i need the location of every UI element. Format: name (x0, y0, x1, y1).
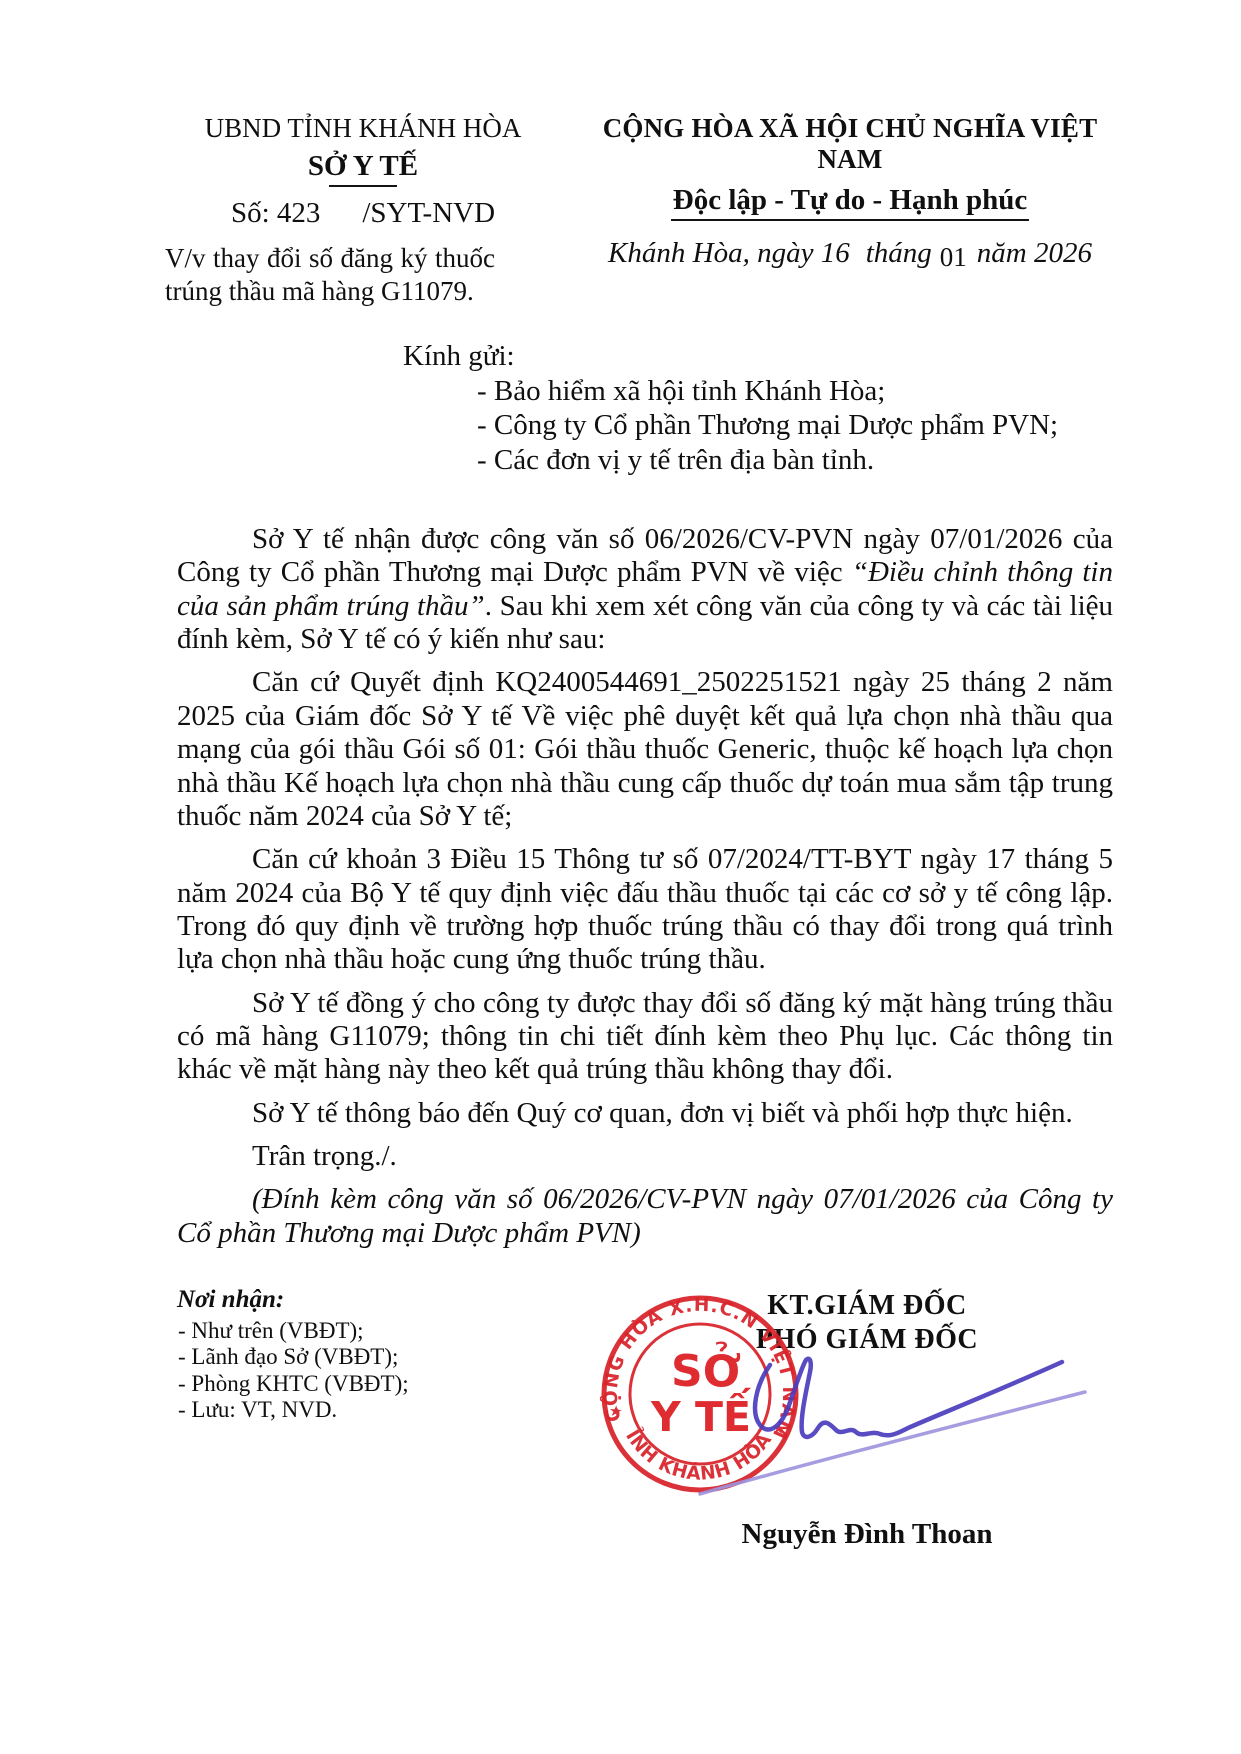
department-underline (329, 185, 397, 187)
document-subject: V/v thay đổi số đăng ký thuốc trúng thầu… (165, 242, 495, 308)
stamp-center-line2: Y TẾ (650, 1387, 752, 1441)
stamp-star-right-icon: ★ (771, 1419, 786, 1438)
official-stamp-svg: CỘNG HÒA X.H.C.N VIỆT NAM TỈNH KHÁNH HÒA… (585, 1279, 815, 1509)
paragraph-segment: Sở Y tế đồng ý cho công ty được thay đổi… (177, 987, 1113, 1086)
document-symbol: /SYT-NVD (362, 197, 495, 229)
body-paragraph: Sở Y tế đồng ý cho công ty được thay đổi… (177, 987, 1113, 1087)
copy-recipients-list: - Như trên (VBĐT);- Lãnh đạo Sở (VBĐT);-… (178, 1318, 409, 1424)
recipient-line: - Các đơn vị y tế trên địa bàn tỉnh. (477, 443, 1058, 477)
header-right-column: CỘNG HÒA XÃ HỘI CHỦ NGHĨA VIỆT NAM Độc l… (570, 113, 1130, 270)
copy-recipient-line: - Như trên (VBĐT); (178, 1318, 409, 1344)
motto-underline (671, 219, 1029, 221)
document-number: Số: 423 (231, 197, 320, 229)
body-paragraphs: Sở Y tế nhận được công văn số 06/2026/CV… (177, 523, 1113, 1260)
body-paragraph: (Đính kèm công văn số 06/2026/CV-PVN ngà… (177, 1183, 1113, 1250)
issuing-department: SỞ Y TẾ (160, 150, 566, 183)
paragraph-segment: Căn cứ khoản 3 Điều 15 Thông tư số 07/20… (177, 843, 1113, 975)
recipient-line: - Bảo hiểm xã hội tỉnh Khánh Hòa; (477, 374, 1058, 408)
copy-recipient-line: - Lưu: VT, NVD. (178, 1397, 409, 1423)
recipient-line: - Công ty Cổ phần Thương mại Dược phẩm P… (477, 408, 1058, 442)
paragraph-segment-italic: (Đính kèm công văn số 06/2026/CV-PVN ngà… (177, 1183, 1113, 1248)
header-left-column: UBND TỈNH KHÁNH HÒA SỞ Y TẾ Số: 423/SYT-… (160, 113, 566, 308)
copy-recipients-title: Nơi nhận: (177, 1286, 284, 1314)
salutation-label: Kính gửi: (403, 340, 515, 373)
stamp-center-line1: SỞ (671, 1340, 741, 1397)
stamp-star-left-icon: ★ (608, 1402, 623, 1421)
national-title: CỘNG HÒA XÃ HỘI CHỦ NGHĨA VIỆT NAM (570, 113, 1130, 175)
year-label: năm 2026 (977, 237, 1092, 269)
month-value: 01 (940, 242, 967, 272)
copy-recipient-line: - Phòng KHTC (VBĐT); (178, 1371, 409, 1397)
recipient-list: - Bảo hiểm xã hội tỉnh Khánh Hòa;- Công … (477, 374, 1058, 477)
copy-recipient-line: - Lãnh đạo Sở (VBĐT); (178, 1344, 409, 1370)
place-day: Khánh Hòa, ngày 16 (608, 237, 850, 269)
place-date-line: Khánh Hòa, ngày 16tháng01năm 2026 (570, 237, 1130, 270)
body-paragraph: Căn cứ Quyết định KQ2400544691_250225152… (177, 666, 1113, 833)
body-paragraph: Sở Y tế nhận được công văn số 06/2026/CV… (177, 523, 1113, 657)
body-paragraph: Sở Y tế thông báo đến Quý cơ quan, đơn v… (177, 1097, 1113, 1130)
paragraph-segment: Trân trọng./. (252, 1140, 397, 1172)
paragraph-segment: Căn cứ Quyết định KQ2400544691_250225152… (177, 666, 1113, 832)
national-motto: Độc lập - Tự do - Hạnh phúc (570, 183, 1130, 218)
document-page: UBND TỈNH KHÁNH HÒA SỞ Y TẾ Số: 423/SYT-… (0, 0, 1241, 1754)
issuing-authority: UBND TỈNH KHÁNH HÒA (160, 113, 566, 144)
body-paragraph: Trân trọng./. (177, 1140, 1113, 1173)
document-number-line: Số: 423/SYT-NVD (160, 197, 566, 230)
paragraph-segment: Sở Y tế thông báo đến Quý cơ quan, đơn v… (252, 1097, 1073, 1129)
month-label: tháng (866, 237, 932, 269)
body-paragraph: Căn cứ khoản 3 Điều 15 Thông tư số 07/20… (177, 843, 1113, 977)
official-stamp: CỘNG HÒA X.H.C.N VIỆT NAM TỈNH KHÁNH HÒA… (585, 1279, 815, 1509)
signer-name: Nguyễn Đình Thoan (640, 1518, 1094, 1551)
